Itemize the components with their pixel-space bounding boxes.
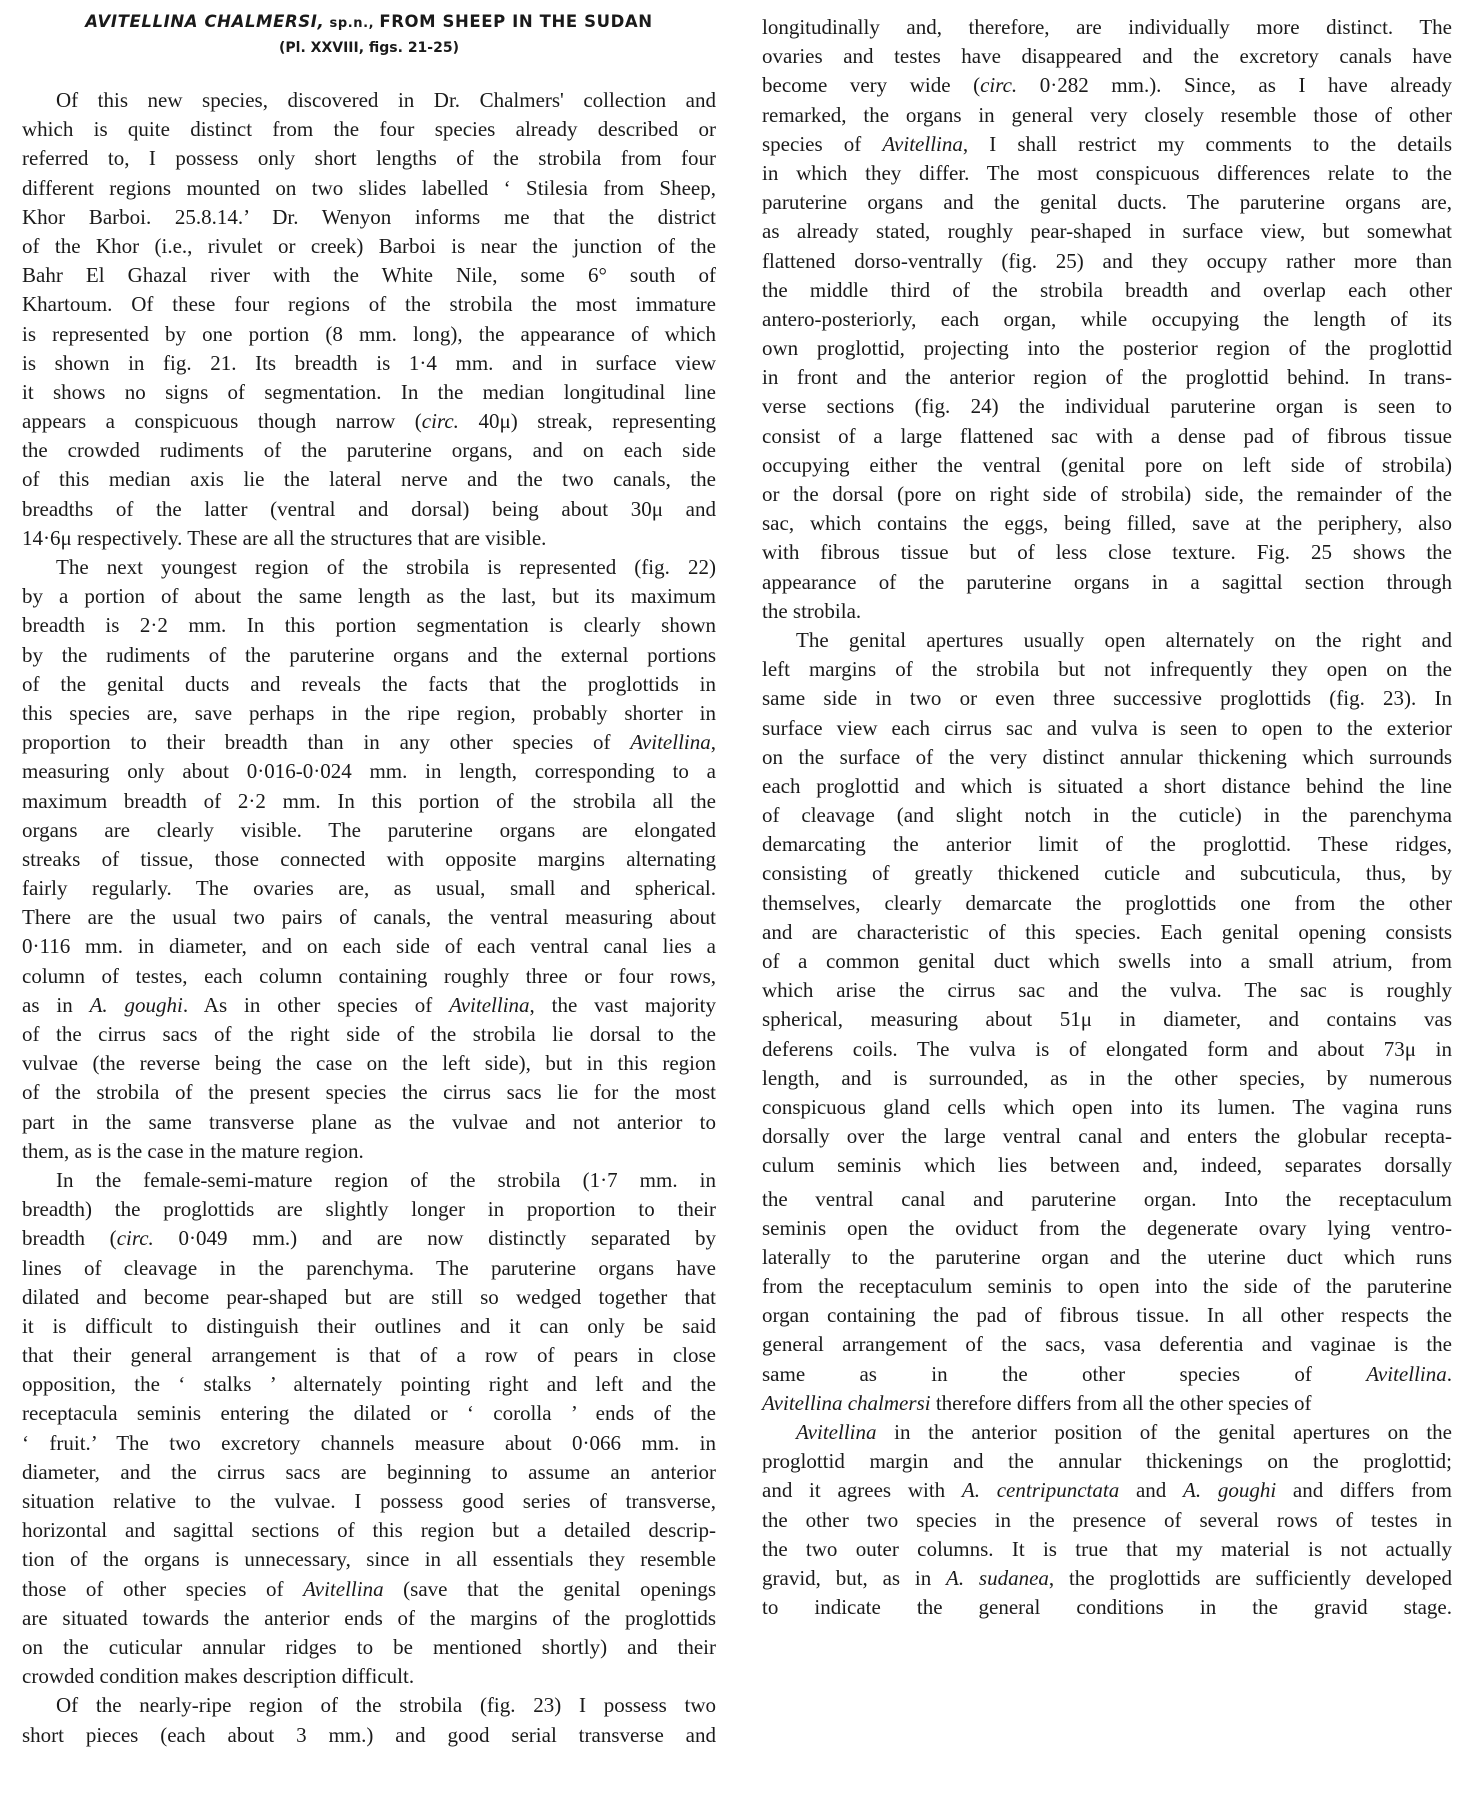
right-column-text: longitudinally and, therefore, are indiv…: [762, 13, 1452, 1622]
text-line: Khartoum. Of these four regions of the s…: [22, 290, 716, 319]
text-line: from the receptaculum seminis to open in…: [762, 1272, 1452, 1301]
italic-term: A. centripunctata: [962, 1478, 1119, 1502]
text-line: the crowded rudiments of the paruterine …: [22, 436, 716, 465]
text-line: in which they differ. The most conspicuo…: [762, 159, 1452, 188]
text-line: situation relative to the vulvae. I poss…: [22, 1487, 716, 1516]
text-line: the ventral canal and paruterine organ. …: [762, 1185, 1452, 1214]
text-line: is shown in fig. 21. Its breadth is 1·4 …: [22, 349, 716, 378]
italic-term: Avitellina: [449, 993, 529, 1017]
text-line: it is difficult to distinguish their out…: [22, 1312, 716, 1341]
text-line: part in the same transverse plane as the…: [22, 1108, 716, 1137]
text-line: The genital apertures usually open alter…: [762, 626, 1452, 655]
text-line: crowded condition makes description diff…: [22, 1662, 716, 1691]
text-line: in front and the anterior region of the …: [762, 363, 1452, 392]
text-line: Of the nearly-ripe region of the strobil…: [22, 1691, 716, 1720]
text-line: proglottid margin and the annular thicke…: [762, 1447, 1452, 1476]
text-line: dilated and become pear-shaped but are s…: [22, 1283, 716, 1312]
italic-term: circ.: [117, 1226, 154, 1250]
text-line: proportion to their breadth than in any …: [22, 728, 716, 757]
text-line: 0·116 mm. in diameter, and on each side …: [22, 932, 716, 961]
text-line: deferens coils. The vulva is of elongate…: [762, 1035, 1452, 1064]
text-line: sac, which contains the eggs, being fill…: [762, 509, 1452, 538]
text-line: on the surface of the very distinct annu…: [762, 743, 1452, 772]
italic-term: Avitellina: [630, 730, 710, 754]
text-line: and are characteristic of this species. …: [762, 918, 1452, 947]
italic-term: A. goughi: [90, 993, 183, 1017]
italic-term: Avitellina: [1366, 1362, 1446, 1386]
text-line: or the dorsal (pore on right side of str…: [762, 480, 1452, 509]
text-line: maximum breadth of 2·2 mm. In this porti…: [22, 787, 716, 816]
text-line: on the cuticular annular ridges to be me…: [22, 1633, 716, 1662]
text-line: ovaries and testes have disappeared and …: [762, 42, 1452, 71]
text-line: as in A. goughi. As in other species of …: [22, 991, 716, 1020]
italic-term: A. goughi: [1183, 1478, 1276, 1502]
text-line: which arise the cirrus sac and the vulva…: [762, 976, 1452, 1005]
text-line: consisting of greatly thickened cuticle …: [762, 859, 1452, 888]
text-line: vulvae (the reverse being the case on th…: [22, 1049, 716, 1078]
text-line: organ containing the pad of fibrous tiss…: [762, 1301, 1452, 1330]
text-line: remarked, the organs in general very clo…: [762, 101, 1452, 130]
text-line: themselves, clearly demarcate the proglo…: [762, 889, 1452, 918]
text-line: paruterine organs and the genital ducts.…: [762, 188, 1452, 217]
text-line: appears a conspicuous though narrow (cir…: [22, 407, 716, 436]
text-line: diameter, and the cirrus sacs are beginn…: [22, 1458, 716, 1487]
text-line: the strobila.: [762, 597, 1452, 626]
text-line: same side in two or even three successiv…: [762, 684, 1452, 713]
text-line: this species are, save perhaps in the ri…: [22, 699, 716, 728]
text-line: the middle third of the strobila breadth…: [762, 276, 1452, 305]
text-line: length, and is surrounded, as in the oth…: [762, 1064, 1452, 1093]
text-line: general arrangement of the sacs, vasa de…: [762, 1330, 1452, 1359]
text-line: dorsally over the large ventral canal an…: [762, 1122, 1452, 1151]
italic-term: circ.: [980, 73, 1017, 97]
text-line: by the rudiments of the paruterine organ…: [22, 641, 716, 670]
text-line: of the Khor (i.e., rivulet or creek) Bar…: [22, 232, 716, 261]
text-line: flattened dorso-ventrally (fig. 25) and …: [762, 247, 1452, 276]
text-line: left margins of the strobila but not inf…: [762, 655, 1452, 684]
text-line: measuring only about 0·016-0·024 mm. in …: [22, 757, 716, 786]
left-column-text: Of this new species, discovered in Dr. C…: [22, 86, 716, 1750]
text-line: lines of cleavage in the parenchyma. The…: [22, 1254, 716, 1283]
text-line: breadth) the proglottids are slightly lo…: [22, 1195, 716, 1224]
text-line: consist of a large flattened sac with a …: [762, 422, 1452, 451]
text-line: breadth (circ. 0·049 mm.) and are now di…: [22, 1224, 716, 1253]
text-line: In the female-semi-mature region of the …: [22, 1166, 716, 1195]
text-line: laterally to the paruterine organ and th…: [762, 1243, 1452, 1272]
italic-term: Avitellina: [796, 1420, 876, 1444]
text-line: breadths of the latter (ventral and dors…: [22, 495, 716, 524]
text-line: There are the usual two pairs of canals,…: [22, 903, 716, 932]
text-line: which is quite distinct from the four sp…: [22, 115, 716, 144]
text-line: same as in the other species of Avitelli…: [762, 1360, 1452, 1389]
text-line: with fibrous tissue but of less close te…: [762, 538, 1452, 567]
text-line: surface view each cirrus sac and vulva i…: [762, 714, 1452, 743]
text-line: Avitellina in the anterior position of t…: [762, 1418, 1452, 1447]
text-line: 14·6μ respectively. These are all the st…: [22, 524, 716, 553]
text-line: demarcating the anterior limit of the pr…: [762, 830, 1452, 859]
text-line: is represented by one portion (8 mm. lon…: [22, 320, 716, 349]
text-line: spherical, measuring about 51μ in diamet…: [762, 1005, 1452, 1034]
text-line: referred to, I possess only short length…: [22, 144, 716, 173]
text-line: Avitellina chalmersi therefore differs f…: [762, 1389, 1452, 1418]
text-line: them, as is the case in the mature regio…: [22, 1137, 716, 1166]
text-line: the two outer columns. It is true that m…: [762, 1535, 1452, 1564]
text-line: longitudinally and, therefore, are indiv…: [762, 13, 1452, 42]
text-line: as already stated, roughly pear-shaped i…: [762, 217, 1452, 246]
text-line: occupying either the ventral (genital po…: [762, 451, 1452, 480]
text-line: culum seminis which lies between and, in…: [762, 1151, 1452, 1180]
text-line: antero-posteriorly, each organ, while oc…: [762, 305, 1452, 334]
text-line: Of this new species, discovered in Dr. C…: [22, 86, 716, 115]
text-line: organs are clearly visible. The paruteri…: [22, 816, 716, 845]
italic-term: circ.: [422, 409, 459, 433]
text-line: species of Avitellina, I shall restrict …: [762, 130, 1452, 159]
text-line: short pieces (each about 3 mm.) and good…: [22, 1721, 716, 1750]
text-line: of the strobila of the present species t…: [22, 1078, 716, 1107]
italic-term: Avitellina: [303, 1577, 383, 1601]
article-title: AVITELLINA CHALMERSI, sp.n., FROM SHEEP …: [22, 12, 716, 31]
text-line: and it agrees with A. centripunctata and…: [762, 1476, 1452, 1505]
text-line: different regions mounted on two slides …: [22, 174, 716, 203]
text-line: ‘ fruit.’ The two excretory channels mea…: [22, 1429, 716, 1458]
title-rest: FROM SHEEP IN THE SUDAN: [379, 12, 652, 31]
text-line: fairly regularly. The ovaries are, as us…: [22, 874, 716, 903]
italic-term: Avitellina chalmersi: [762, 1391, 931, 1415]
text-line: tion of the organs is unnecessary, since…: [22, 1545, 716, 1574]
text-line: Bahr El Ghazal river with the White Nile…: [22, 261, 716, 290]
text-line: conspicuous gland cells which open into …: [762, 1093, 1452, 1122]
text-line: of a common genital duct which swells in…: [762, 947, 1452, 976]
text-line: of this median axis lie the lateral nerv…: [22, 465, 716, 494]
text-line: own proglottid, projecting into the post…: [762, 334, 1452, 363]
text-line: streaks of tissue, those connected with …: [22, 845, 716, 874]
text-line: breadth is 2·2 mm. In this portion segme…: [22, 611, 716, 640]
text-line: are situated towards the anterior ends o…: [22, 1604, 716, 1633]
text-line: by a portion of about the same length as…: [22, 582, 716, 611]
italic-term: A. sudanea: [946, 1566, 1049, 1590]
text-line: appearance of the paruterine organs in a…: [762, 568, 1452, 597]
article-subtitle: (Pl. XXVIII, figs. 21-25): [22, 40, 716, 56]
text-line: Khor Barboi. 25.8.14.’ Dr. Wenyon inform…: [22, 203, 716, 232]
italic-term: Avitellina: [882, 132, 962, 156]
text-line: that their general arrangement is that o…: [22, 1341, 716, 1370]
title-species-name: AVITELLINA CHALMERSI,: [85, 12, 324, 31]
text-line: gravid, but, as in A. sudanea, the progl…: [762, 1564, 1452, 1593]
text-line: verse sections (fig. 24) the individual …: [762, 392, 1452, 421]
text-line: seminis open the oviduct from the degene…: [762, 1214, 1452, 1243]
text-line: each proglottid and which is situated a …: [762, 772, 1452, 801]
text-line: opposition, the ‘ stalks ’ alternately p…: [22, 1370, 716, 1399]
text-line: of the genital ducts and reveals the fac…: [22, 670, 716, 699]
text-line: horizontal and sagittal sections of this…: [22, 1516, 716, 1545]
title-sp-n: sp.n.,: [324, 16, 379, 31]
text-line: it shows no signs of segmentation. In th…: [22, 378, 716, 407]
text-line: The next youngest region of the strobila…: [22, 553, 716, 582]
text-line: receptacula seminis entering the dilated…: [22, 1399, 716, 1428]
text-line: of cleavage (and slight notch in the cut…: [762, 801, 1452, 830]
text-line: become very wide (circ. 0·282 mm.). Sinc…: [762, 71, 1452, 100]
text-line: column of testes, each column containing…: [22, 962, 716, 991]
text-line: those of other species of Avitellina (sa…: [22, 1575, 716, 1604]
text-line: to indicate the general conditions in th…: [762, 1593, 1452, 1622]
text-line: the other two species in the presence of…: [762, 1506, 1452, 1535]
text-line: of the cirrus sacs of the right side of …: [22, 1020, 716, 1049]
